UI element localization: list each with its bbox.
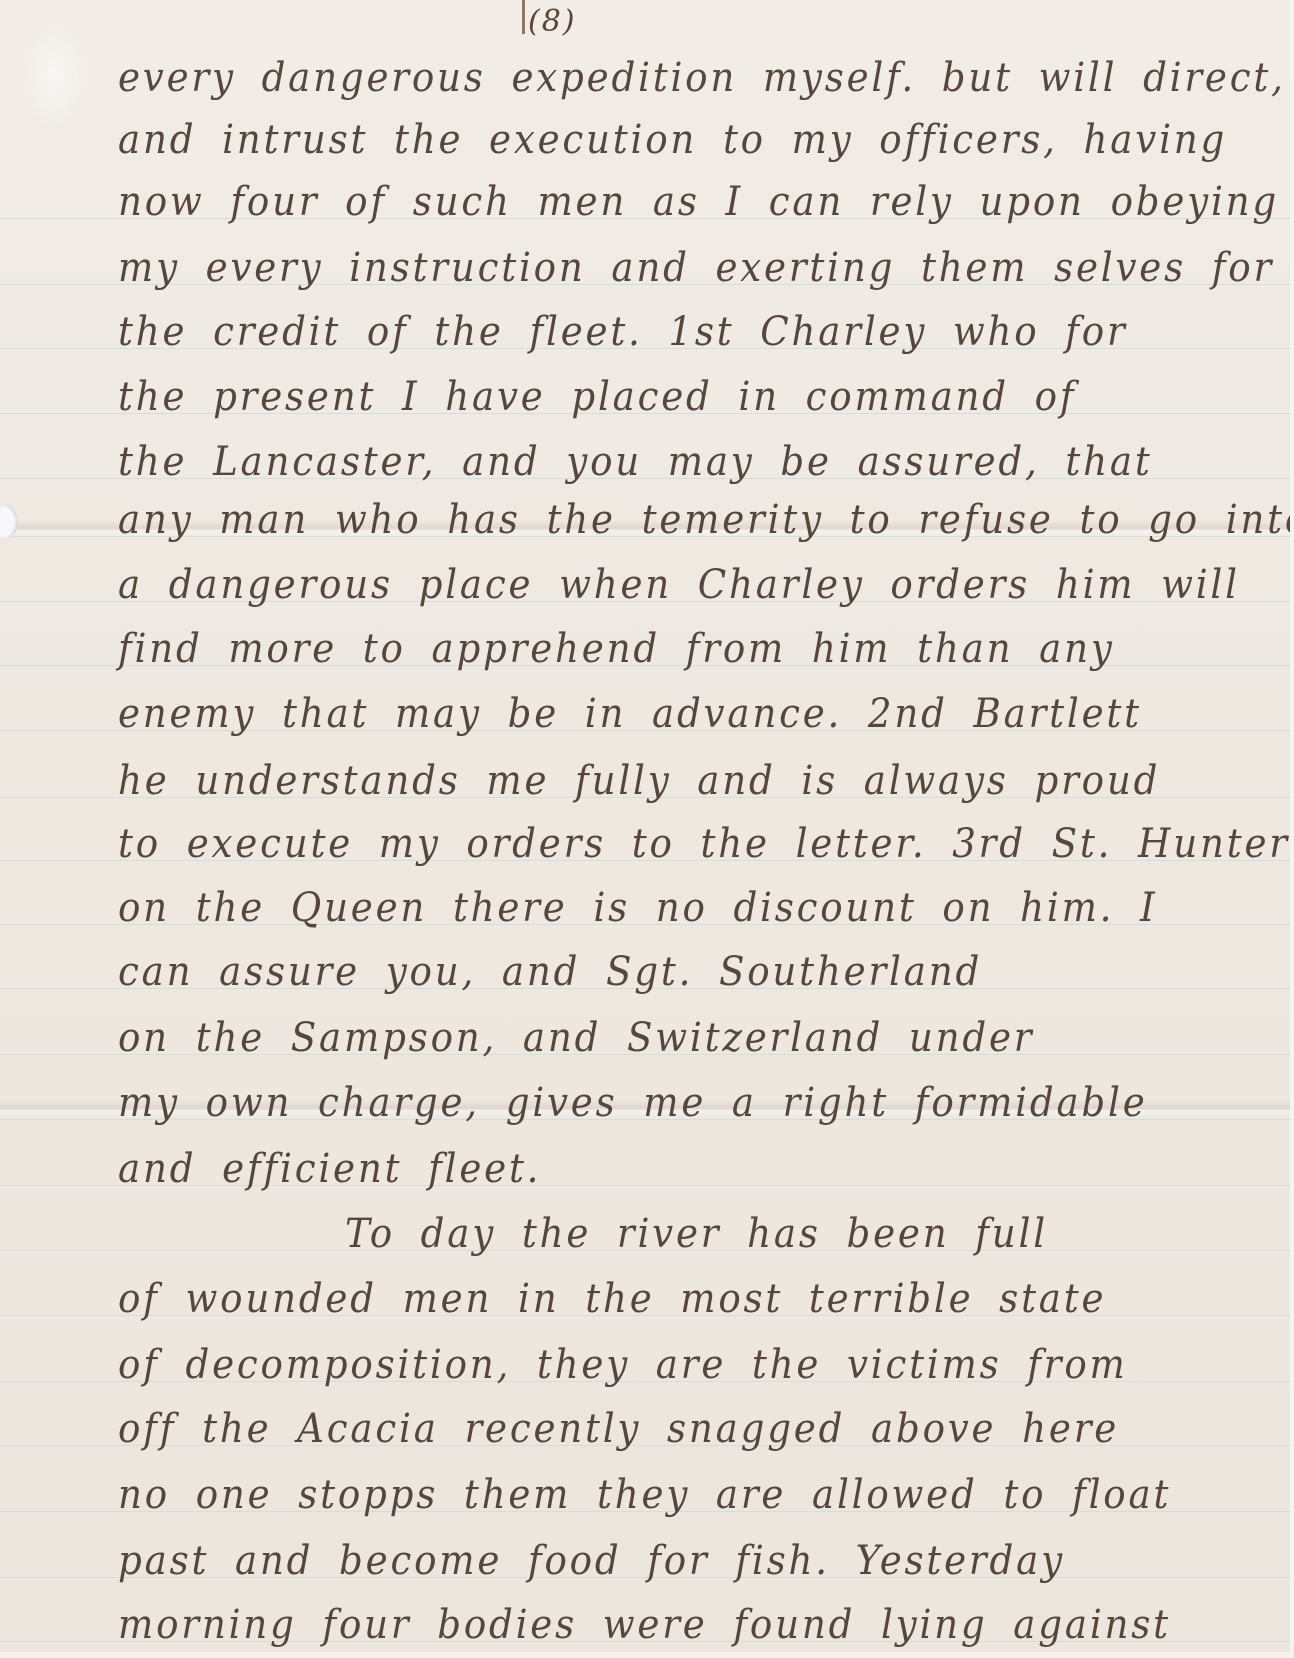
text-line: he understands me fully and is always pr…: [118, 751, 1188, 811]
text-line: enemy that may be in advance. 2nd Bartle…: [118, 684, 1188, 744]
text-line: now four of such men as I can rely upon …: [118, 172, 1188, 232]
text-line: and intrust the execution to my officers…: [118, 110, 1188, 170]
text-line: the Lancaster, and you may be assured, t…: [118, 432, 1188, 492]
text-line-paragraph-start: To day the river has been full: [345, 1204, 1290, 1264]
text-line: any man who has the temerity to refuse t…: [118, 490, 1188, 550]
text-line: past and become food for fish. Yesterday: [118, 1531, 1188, 1591]
text-line: my own charge, gives me a right formidab…: [118, 1073, 1188, 1133]
text-line: on the Sampson, and Switzerland under: [118, 1008, 1188, 1068]
letter-page: (8) every dangerous expedition myself. b…: [0, 0, 1290, 1652]
paper-emboss-mark: [20, 20, 90, 130]
ink-stroke: [522, 0, 525, 34]
paper-edge-bottom: [0, 1652, 1294, 1658]
text-line: of decomposition, they are the victims f…: [118, 1335, 1188, 1395]
paper-edge-right: [1290, 0, 1294, 1658]
text-line: every dangerous expedition myself. but w…: [118, 48, 1188, 108]
text-line: off the Acacia recently snagged above he…: [118, 1399, 1188, 1459]
text-line: the credit of the fleet. 1st Charley who…: [118, 302, 1188, 362]
text-line: no one stopps them they are allowed to f…: [118, 1465, 1188, 1525]
text-line: of wounded men in the most terrible stat…: [118, 1269, 1188, 1329]
page-number: (8): [528, 4, 577, 39]
text-line: to execute my orders to the letter. 3rd …: [118, 814, 1188, 874]
text-line: can assure you, and Sgt. Southerland: [118, 942, 1188, 1002]
text-line: on the Queen there is no discount on him…: [118, 878, 1188, 938]
text-line: the present I have placed in command of: [118, 367, 1188, 427]
text-line: morning four bodies were found lying aga…: [118, 1595, 1188, 1652]
text-line: find more to apprehend from him than any: [118, 619, 1188, 679]
text-line: a dangerous place when Charley orders hi…: [118, 555, 1188, 615]
text-line: and efficient fleet.: [118, 1139, 1188, 1199]
text-line: my every instruction and exerting them s…: [118, 238, 1188, 298]
